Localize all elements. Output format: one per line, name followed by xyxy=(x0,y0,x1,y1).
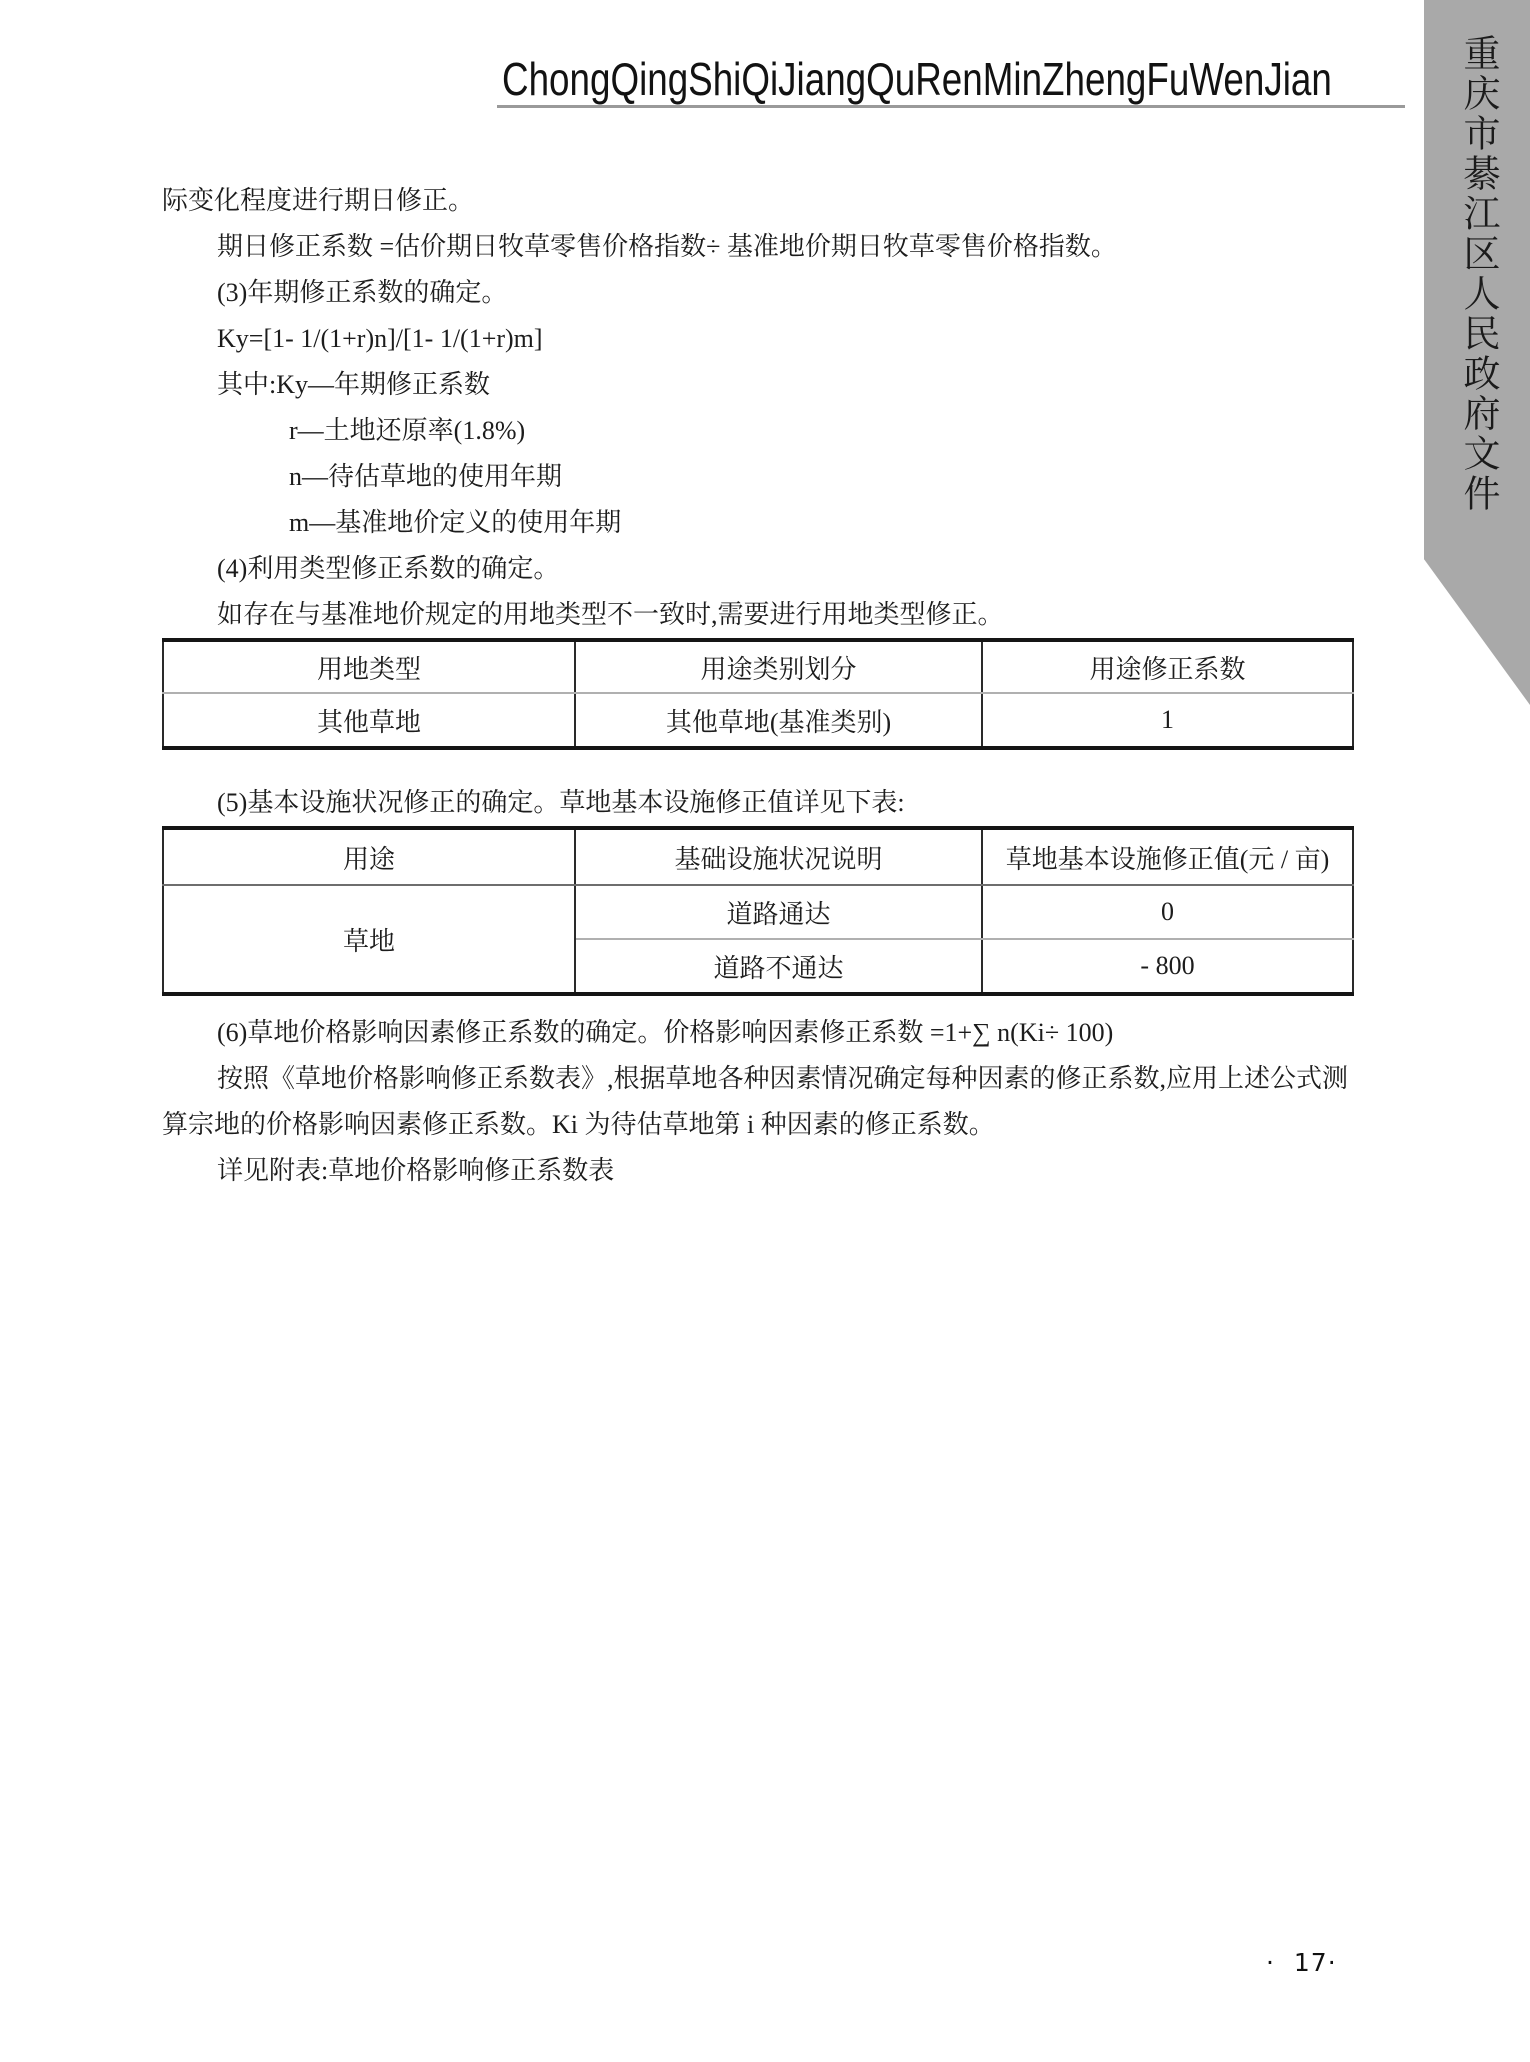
paragraph-line: n—待估草地的使用年期 xyxy=(162,454,1405,500)
table-cell: 0 xyxy=(982,885,1353,939)
land-use-type-table: 用地类型 用途类别划分 用途修正系数 其他草地 其他草地(基准类别) 1 xyxy=(162,638,1354,750)
document-header-title: ChongQingShiQiJiangQuRenMinZhengFuWenJia… xyxy=(502,56,1332,102)
table-header-cell: 用地类型 xyxy=(163,640,575,693)
paragraph-line: (6)草地价格影响因素修正系数的确定。价格影响因素修正系数 =1+∑ n(Ki÷… xyxy=(162,1010,1405,1056)
table-cell: 道路不通达 xyxy=(575,939,982,994)
paragraph-line: 详见附表:草地价格影响修正系数表 xyxy=(162,1148,1405,1194)
paragraph-line: 按照《草地价格影响修正系数表》,根据草地各种因素情况确定每种因素的修正系数,应用… xyxy=(162,1056,1405,1102)
table-cell: - 800 xyxy=(982,939,1353,994)
formula-line: Ky=[1- 1/(1+r)n]/[1- 1/(1+r)m] xyxy=(162,316,1405,362)
header-underline xyxy=(497,105,1405,108)
paragraph-line: (3)年期修正系数的确定。 xyxy=(162,270,1405,316)
table-cell: 其他草地 xyxy=(163,693,575,748)
paragraph-line: (5)基本设施状况修正的确定。草地基本设施修正值详见下表: xyxy=(162,780,1405,826)
facility-correction-table: 用途 基础设施状况说明 草地基本设施修正值(元 / 亩) 草地 道路通达 0 道… xyxy=(162,826,1354,996)
table-cell: 其他草地(基准类别) xyxy=(575,693,982,748)
paragraph-line: (4)利用类型修正系数的确定。 xyxy=(162,546,1405,592)
table-header-row: 用途 基础设施状况说明 草地基本设施修正值(元 / 亩) xyxy=(163,828,1353,885)
government-ribbon: 重庆市綦江区人民政府文件 xyxy=(1424,0,1530,705)
table-header-cell: 草地基本设施修正值(元 / 亩) xyxy=(982,828,1353,885)
table-header-cell: 用途类别划分 xyxy=(575,640,982,693)
paragraph-line: 际变化程度进行期日修正。 xyxy=(162,178,1405,224)
table-cell-merged: 草地 xyxy=(163,885,575,994)
table-header-cell: 用途 xyxy=(163,828,575,885)
ribbon-label: 重庆市綦江区人民政府文件 xyxy=(1450,34,1504,514)
table-cell: 道路通达 xyxy=(575,885,982,939)
paragraph-line: 期日修正系数 =估价期日牧草零售价格指数÷ 基准地价期日牧草零售价格指数。 xyxy=(162,224,1405,270)
paragraph-line: 如存在与基准地价规定的用地类型不一致时,需要进行用地类型修正。 xyxy=(162,592,1405,638)
table-header-cell: 用途修正系数 xyxy=(982,640,1353,693)
paragraph-line: 算宗地的价格影响因素修正系数。Ki 为待估草地第 i 种因素的修正系数。 xyxy=(162,1102,1405,1148)
document-page: ChongQingShiQiJiangQuRenMinZhengFuWenJia… xyxy=(0,0,1530,2062)
paragraph-line: r—土地还原率(1.8%) xyxy=(162,408,1405,454)
table-header-cell: 基础设施状况说明 xyxy=(575,828,982,885)
document-body: 际变化程度进行期日修正。 期日修正系数 =估价期日牧草零售价格指数÷ 基准地价期… xyxy=(162,178,1405,1194)
table-header-row: 用地类型 用途类别划分 用途修正系数 xyxy=(163,640,1353,693)
page-number: · 17· xyxy=(1266,1948,1337,1977)
table-row: 草地 道路通达 0 xyxy=(163,885,1353,939)
paragraph-line: m—基准地价定义的使用年期 xyxy=(162,500,1405,546)
table-row: 其他草地 其他草地(基准类别) 1 xyxy=(163,693,1353,748)
table-cell: 1 xyxy=(982,693,1353,748)
paragraph-line: 其中:Ky—年期修正系数 xyxy=(162,362,1405,408)
